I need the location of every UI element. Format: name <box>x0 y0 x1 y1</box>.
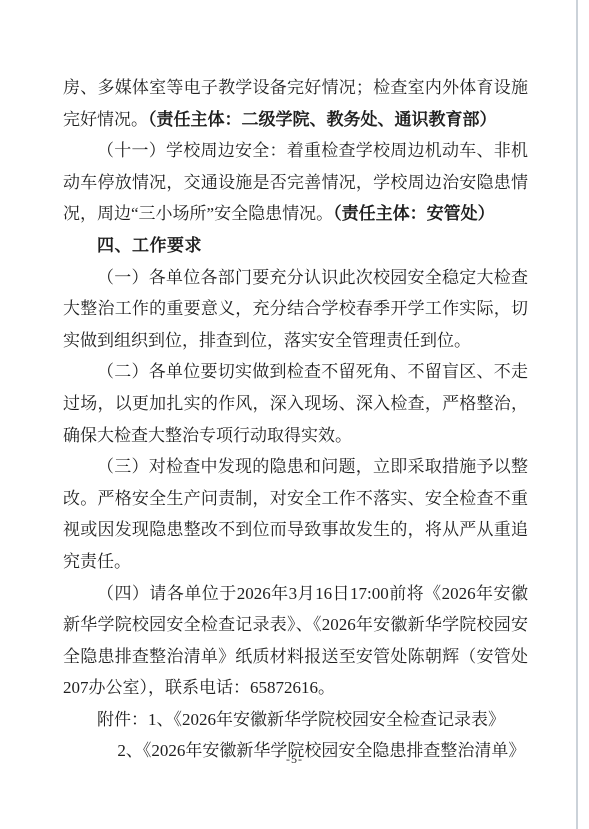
para-item-11: （十一）学校周边安全：着重检查学校周边机动车、非机动车停放情况，交通设施是否完善… <box>63 135 528 230</box>
para-requirement-1: （一）各单位各部门要充分认识此次校园安全稳定大检查大整治工作的重要意义，充分结合… <box>63 262 528 357</box>
bold-text-run: 四、工作要求 <box>97 236 202 255</box>
para-attachment-1: 附件：1、《2026年安徽新华学院校园安全检查记录表》 <box>63 704 528 736</box>
para-requirement-4: （四）请各单位于2026年3月16日17:00前将《2026年安徽新华学院校园安… <box>63 578 528 704</box>
page-right-edge-line <box>576 0 578 829</box>
para-continuation: 房、多媒体室等电子教学设备完好情况；检查室内外体育设施完好情况。（责任主体：二级… <box>63 72 528 135</box>
text-run: （三）对检查中发现的隐患和问题，立即采取措施予以整改。严格安全生产问责制，对安全… <box>63 457 528 571</box>
para-requirement-3: （三）对检查中发现的隐患和问题，立即采取措施予以整改。严格安全生产问责制，对安全… <box>63 451 528 577</box>
text-run: （二）各单位要切实做到检查不留死角、不留盲区、不走过场，以更加扎实的作风，深入现… <box>63 362 528 444</box>
para-requirement-2: （二）各单位要切实做到检查不留死角、不留盲区、不走过场，以更加扎实的作风，深入现… <box>63 356 528 451</box>
heading-section-4: 四、工作要求 <box>63 230 528 262</box>
text-run: 附件：1、《2026年安徽新华学院校园安全检查记录表》 <box>97 710 505 729</box>
text-run: （一）各单位各部门要充分认识此次校园安全稳定大检查大整治工作的重要意义，充分结合… <box>63 268 528 350</box>
page-number: -5- <box>0 752 589 767</box>
text-run: （四）请各单位于2026年3月16日17:00前将《2026年安徽新华学院校园安… <box>63 584 528 698</box>
bold-text-run: （责任主体：安管处） <box>333 204 495 223</box>
bold-text-run: （责任主体：二级学院、教务处、通识教育部） <box>148 110 497 129</box>
document-page: 房、多媒体室等电子教学设备完好情况；检查室内外体育设施完好情况。（责任主体：二级… <box>0 0 589 829</box>
document-body: 房、多媒体室等电子教学设备完好情况；检查室内外体育设施完好情况。（责任主体：二级… <box>63 72 528 767</box>
